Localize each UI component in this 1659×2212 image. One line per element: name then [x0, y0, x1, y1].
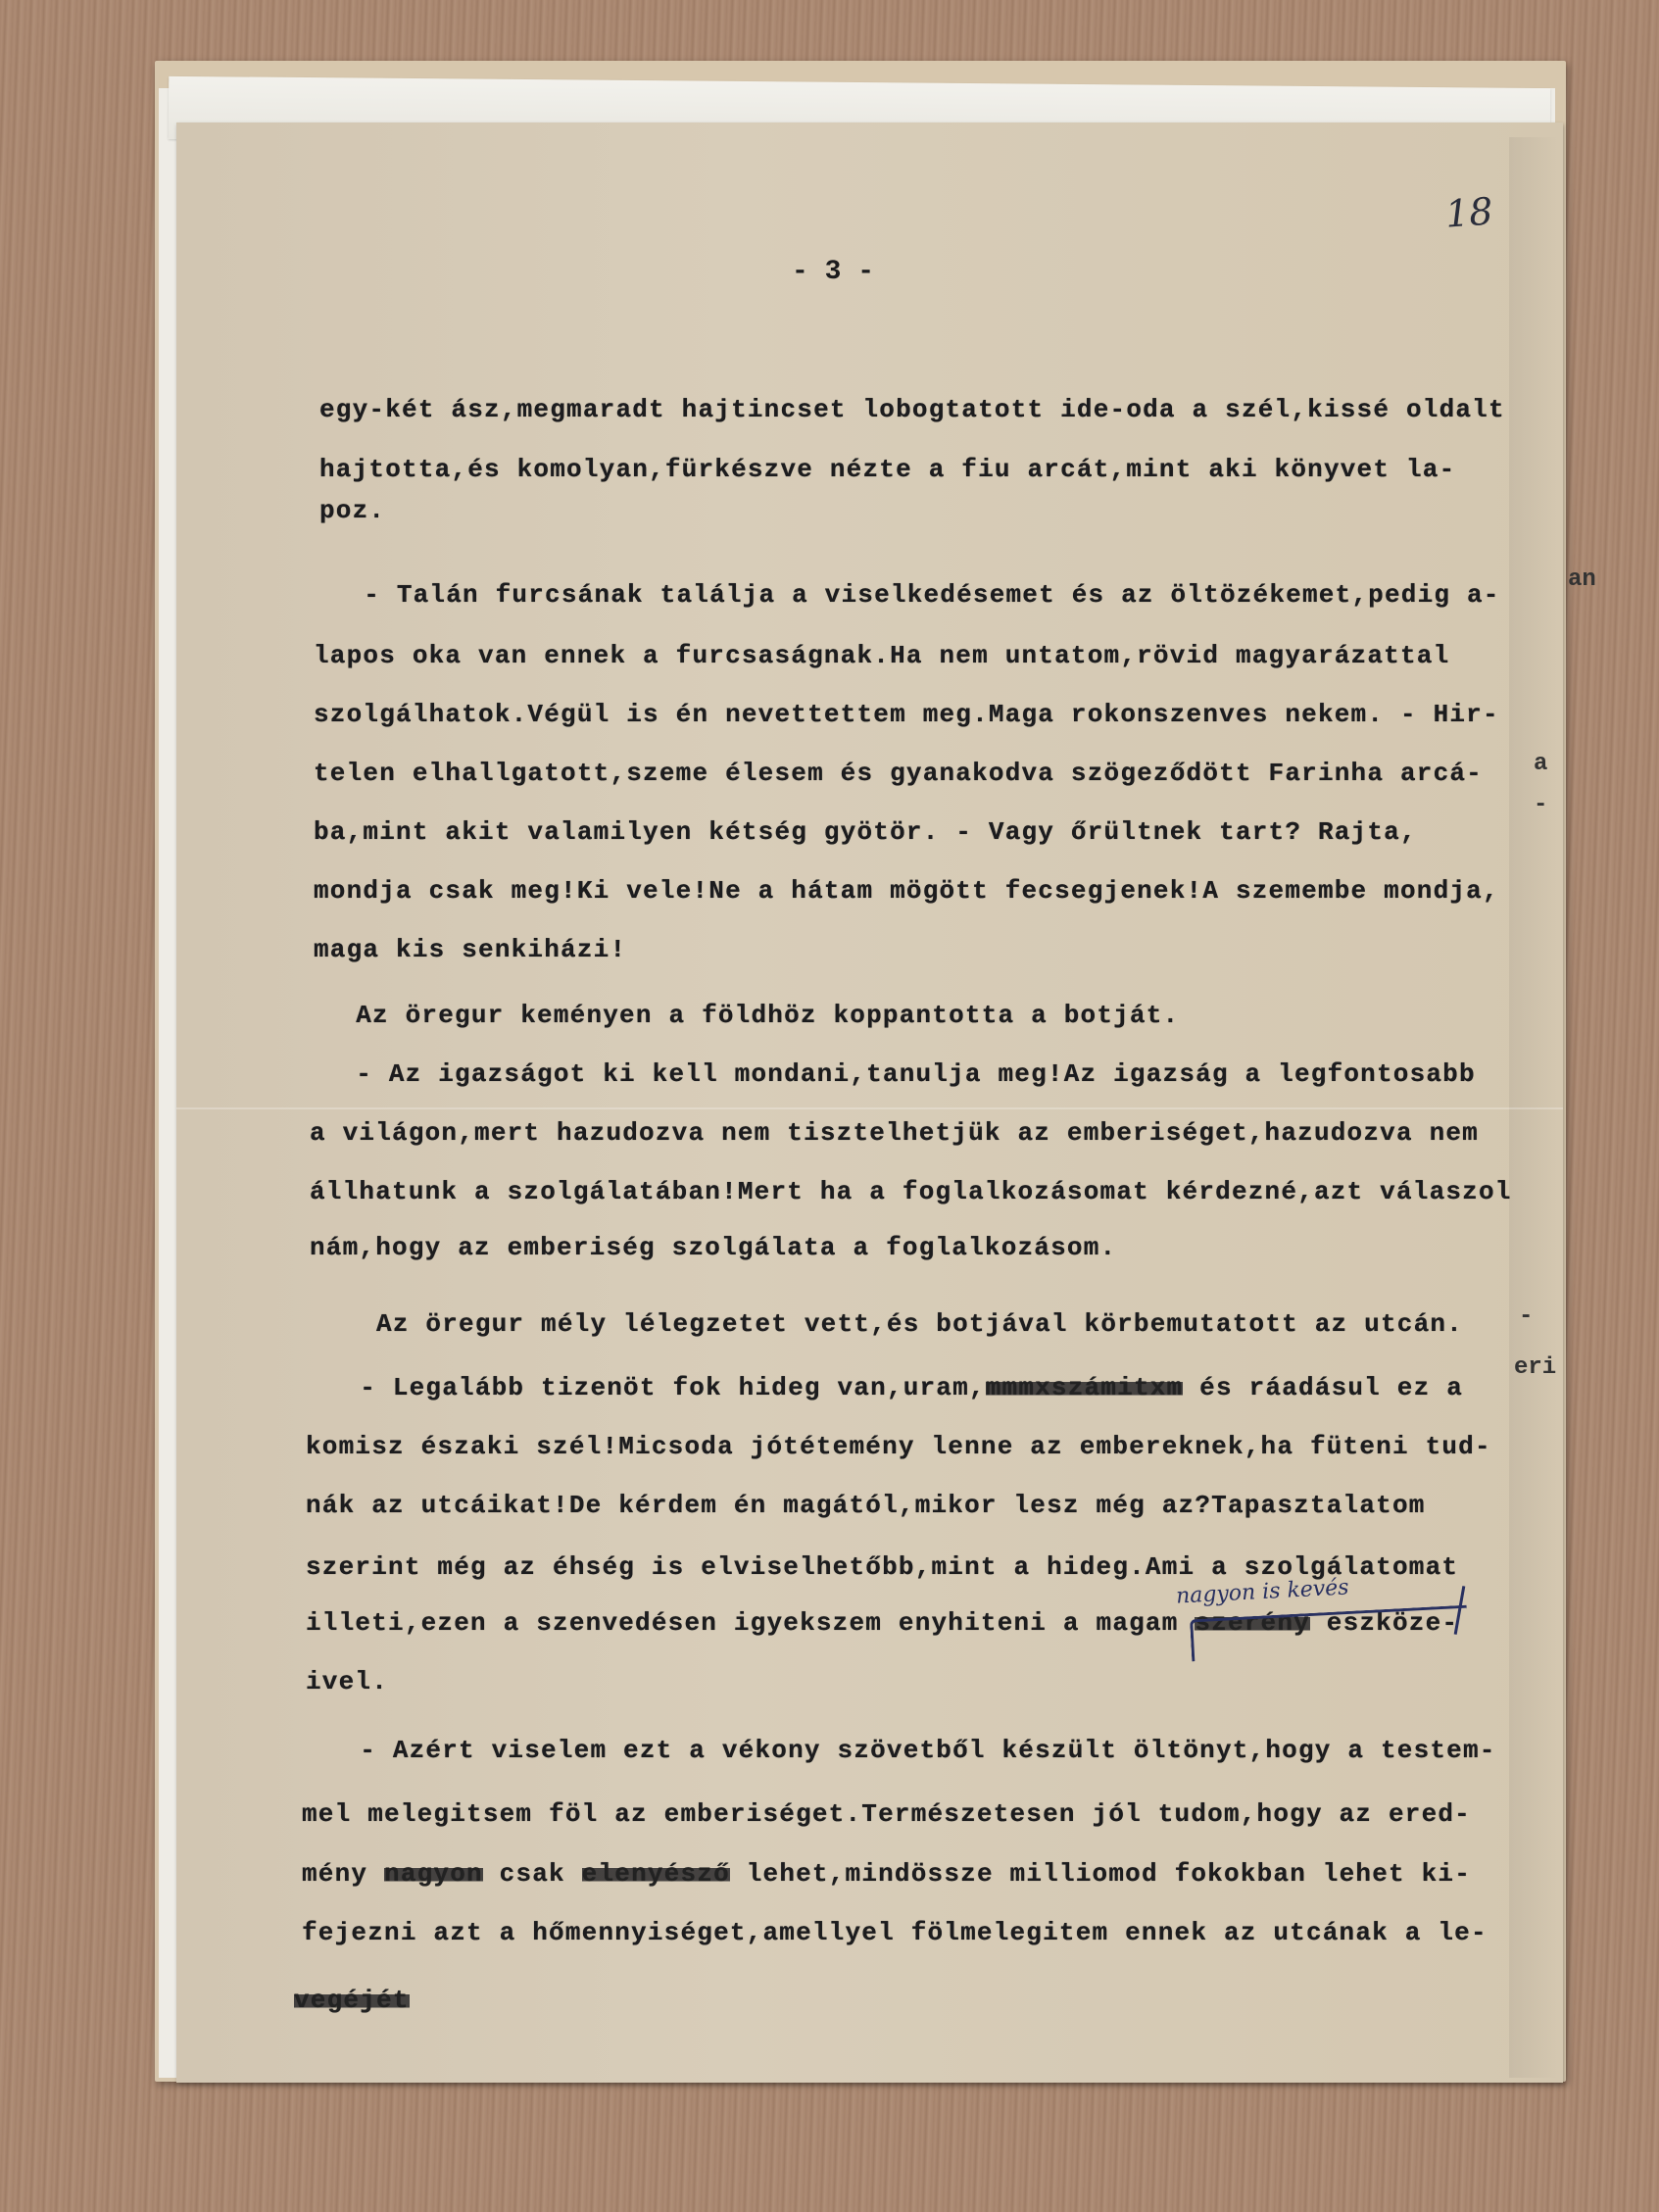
margin-fragment: - [1519, 1303, 1533, 1330]
struck-text: nagyon [384, 1859, 483, 1889]
text-line: fejezni azt a hőmennyiséget,amellyel föl… [302, 1918, 1488, 1947]
margin-fragment: an [1568, 566, 1596, 593]
text-line: állhatunk a szolgálatában!Mert ha a fogl… [310, 1177, 1512, 1206]
margin-fragment: - [1534, 792, 1547, 818]
text-line: hajtotta,és komolyan,fürkészve nézte a f… [319, 455, 1455, 484]
text-line: a világon,mert hazudozva nem tisztelhetj… [310, 1118, 1479, 1148]
text-line-struck: vegéjét [294, 1986, 410, 2015]
struck-text: mmmxszámitxm [986, 1373, 1184, 1402]
text-segment: - Legalább tizenöt fok hideg van,uram, [294, 1373, 986, 1402]
text-line: nám,hogy az emberiség szolgálata a fogla… [310, 1233, 1116, 1262]
text-line-with-strikeout: - Legalább tizenöt fok hideg van,uram,mm… [294, 1373, 1463, 1402]
page-number: - 3 - [792, 257, 874, 287]
margin-fragment: a [1534, 751, 1547, 777]
text-line: telen elhallgatott,szeme élesem és gyana… [314, 759, 1483, 788]
text-line: - Azért viselem ezt a vékony szövetből k… [294, 1736, 1496, 1765]
fold-crease [176, 1107, 1563, 1109]
text-line: - Az igazságot ki kell mondani,tanulja m… [290, 1059, 1476, 1089]
text-line: Az öregur keményen a földhöz koppantotta… [290, 1001, 1179, 1030]
text-line: szerint még az éhség is elviselhetőbb,mi… [306, 1552, 1458, 1582]
text-line: mel melegitsem föl az emberiséget.Termés… [302, 1799, 1471, 1829]
struck-text: vegéjét [294, 1986, 410, 2015]
text-line: ivel. [306, 1667, 388, 1696]
text-line: komisz északi szél!Micsoda jótétemény le… [306, 1432, 1491, 1461]
text-line: nák az utcáikat!De kérdem én magától,mik… [306, 1491, 1426, 1520]
text-segment: és ráadásul ez a [1183, 1373, 1463, 1402]
folio-number-handwritten: 18 [1444, 189, 1494, 235]
struck-text: elenyésző [582, 1859, 730, 1889]
text-segment: lehet,mindössze milliomod fokokban lehet… [730, 1859, 1471, 1889]
text-segment: csak [483, 1859, 582, 1889]
text-segment: mény [302, 1859, 384, 1889]
text-segment: illeti,ezen a szenvedésen igyekszem enyh… [306, 1608, 1195, 1638]
text-line-with-strikeouts: mény nagyon csak elenyésző lehet,mindöss… [302, 1859, 1471, 1889]
text-line: Az öregur mély lélegzetet vett,és botjáv… [294, 1309, 1463, 1339]
text-line: mondja csak meg!Ki vele!Ne a hátam mögöt… [314, 876, 1499, 906]
text-line: szolgálhatok.Végül is én nevettettem meg… [314, 700, 1499, 729]
text-line: - Talán furcsának találja a viselkedésem… [298, 580, 1500, 610]
text-line: maga kis senkiházi! [314, 935, 626, 964]
margin-fragment: eri [1514, 1354, 1556, 1381]
text-line: egy-két ász,megmaradt hajtincset lobogta… [319, 395, 1505, 424]
text-line: ba,mint akit valamilyen kétség gyötör. -… [314, 817, 1417, 847]
text-line: poz. [319, 496, 385, 525]
text-line: lapos oka van ennek a furcsaságnak.Ha ne… [314, 641, 1449, 670]
